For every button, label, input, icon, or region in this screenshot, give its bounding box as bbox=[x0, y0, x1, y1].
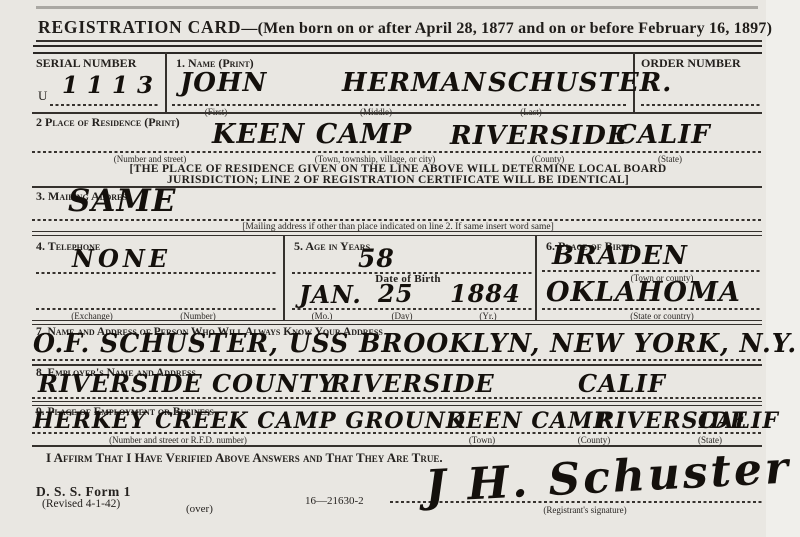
employment-state-sublabel: (State) bbox=[698, 435, 722, 445]
mailing-value: SAME bbox=[68, 186, 176, 217]
dob-month-value: JAN. bbox=[299, 283, 362, 307]
row456-bottom-rule bbox=[32, 320, 762, 325]
order-number-label: ORDER NUMBER bbox=[641, 56, 741, 71]
name-middle-value: HERMAN bbox=[342, 70, 487, 96]
employment-state-value: CALIF bbox=[698, 410, 779, 432]
affirmation-text: I Affirm That I Have Verified Above Answ… bbox=[46, 450, 443, 466]
print-code: 16—21630-2 bbox=[305, 495, 364, 507]
employment-town-value: KEEN CAMP bbox=[446, 410, 611, 432]
employer-fill-line bbox=[32, 397, 762, 399]
card-header: REGISTRATION CARD—(Men born on or after … bbox=[38, 17, 772, 38]
residence-town-value: KEEN CAMP bbox=[212, 121, 412, 148]
over-note: (over) bbox=[186, 503, 213, 515]
divider-age-birth bbox=[535, 236, 537, 321]
form-revision: (Revised 4-1-42) bbox=[42, 498, 120, 510]
employment-street-sublabel: (Number and street or R.F.D. number) bbox=[109, 435, 247, 445]
telephone-fill-line2 bbox=[36, 308, 276, 310]
dob-year-value: 1884 bbox=[450, 282, 521, 306]
jurisdiction-note-line2: JURISDICTION; LINE 2 OF REGISTRATION CER… bbox=[167, 174, 629, 186]
serial-number-value: 1113 bbox=[62, 74, 162, 97]
name-first-value: JOHN bbox=[180, 70, 267, 96]
residence-county-value: RIVERSIDE bbox=[450, 123, 628, 149]
serial-number-label: SERIAL NUMBER bbox=[36, 56, 136, 71]
employment-fill-line bbox=[32, 432, 762, 434]
age-value: 58 bbox=[358, 246, 395, 271]
name-last-value: SCHUSTER. bbox=[488, 70, 672, 96]
signature-sublabel: (Registrant's signature) bbox=[543, 505, 626, 515]
serial-prefix: U bbox=[38, 88, 47, 104]
employment-county-sublabel: (County) bbox=[578, 435, 611, 445]
employment-street-value: HERKEY CREEK CAMP GROUND bbox=[33, 410, 466, 432]
row1-bottom-rule bbox=[32, 112, 762, 114]
mailing-fill-line bbox=[32, 219, 762, 221]
telephone-value: NONE bbox=[72, 247, 171, 271]
card-top-edge bbox=[36, 6, 758, 9]
row9-bottom-rule bbox=[32, 445, 762, 447]
name-fill-line bbox=[172, 104, 628, 106]
employer-city-value: RIVERSIDE bbox=[330, 372, 495, 396]
residence-fill-line bbox=[32, 151, 762, 153]
header-underline bbox=[36, 40, 762, 42]
header-double-rule bbox=[33, 45, 762, 54]
employer-name-value: RIVERSIDE COUNTY bbox=[38, 372, 336, 396]
contact-value: O.F. SCHUSTER, USS BROOKLYN, NEW YORK, N… bbox=[33, 331, 800, 357]
birthplace-fill-line1 bbox=[542, 270, 762, 272]
birthplace-fill-line2 bbox=[542, 308, 762, 310]
divider-tel-age bbox=[283, 236, 285, 321]
residence-state-value: CALIF bbox=[616, 122, 711, 148]
row7-bottom-rule bbox=[32, 364, 762, 366]
employer-state-value: CALIF bbox=[578, 372, 666, 396]
contact-fill-line bbox=[32, 359, 762, 361]
card-title: REGISTRATION CARD bbox=[38, 17, 241, 37]
card-subtitle: —(Men born on or after April 28, 1877 an… bbox=[241, 20, 772, 37]
birthplace-state-value: OKLAHOMA bbox=[546, 279, 741, 306]
divider-serial-name bbox=[165, 52, 167, 112]
dob-day-value: 25 bbox=[378, 282, 413, 306]
row3-bottom-rule bbox=[32, 231, 762, 236]
serial-fill-line bbox=[50, 104, 160, 106]
employment-town-sublabel: (Town) bbox=[469, 435, 495, 445]
birthplace-town-value: BRADEN bbox=[552, 243, 688, 269]
telephone-fill-line1 bbox=[36, 272, 276, 274]
order-fill-line bbox=[641, 104, 762, 106]
dob-fill-line bbox=[292, 308, 532, 310]
residence-label: 2 Place of Residence (Print) bbox=[36, 115, 180, 130]
